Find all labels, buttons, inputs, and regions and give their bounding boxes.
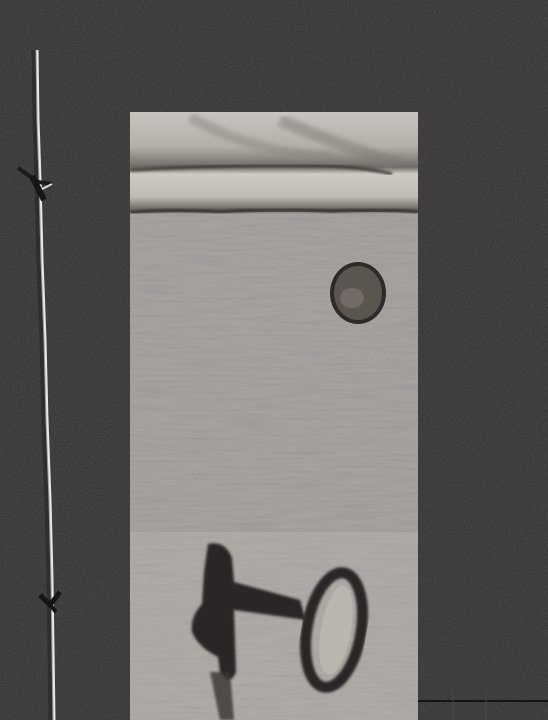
barbed-wire bbox=[0, 0, 80, 720]
nail-head bbox=[330, 262, 386, 324]
photo-strip bbox=[130, 112, 418, 720]
collage-canvas bbox=[0, 0, 548, 720]
arm-photo bbox=[130, 112, 418, 212]
